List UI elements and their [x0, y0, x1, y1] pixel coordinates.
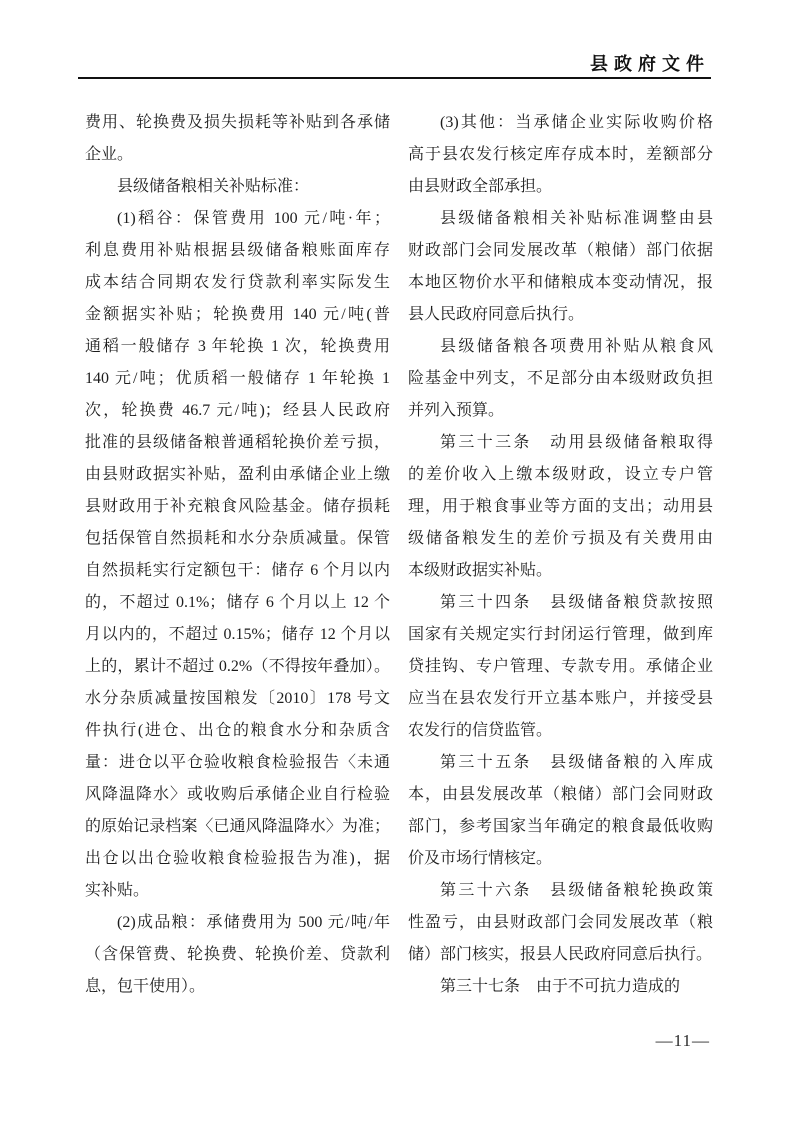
text-line: 第三十五条 县级储备粮的入库成 — [408, 747, 713, 779]
text-line: 批准的县级储备粮普通稻轮换价差亏损， — [85, 427, 390, 459]
text-line: 农发行的信贷监管。 — [408, 715, 713, 747]
text-line: 成本结合同期农发行贷款利率实际发生 — [85, 267, 390, 299]
text-line: 险基金中列支，不足部分由本级财政负担 — [408, 363, 713, 395]
text-line: 息，包干使用）。 — [85, 971, 390, 1003]
text-line: 140 元/吨；优质稻一般储存 1 年轮换 1 — [85, 363, 390, 395]
text-columns: 费用、轮换费及损失损耗等补贴到各承储企业。县级储备粮相关补贴标准：(1)稻谷：保… — [85, 107, 712, 1003]
text-line: 价及市场行情核定。 — [408, 843, 713, 875]
text-line: 风降温降水〉或收购后承储企业自行检验 — [85, 779, 390, 811]
text-line: 件执行(进仓、出仓的粮食水分和杂质含 — [85, 715, 390, 747]
text-line: 金额据实补贴；轮换费用 140 元/吨(普 — [85, 299, 390, 331]
text-line: 县级储备粮相关补贴标准调整由县 — [408, 203, 713, 235]
text-line: 国家有关规定实行封闭运行管理，做到库 — [408, 619, 713, 651]
text-line: 由县财政全部承担。 — [408, 171, 713, 203]
text-line: 部门，参考国家当年确定的粮食最低收购 — [408, 811, 713, 843]
text-line: 本地区物价水平和储粮成本变动情况，报 — [408, 267, 713, 299]
text-line: 理，用于粮食事业等方面的支出；动用县 — [408, 491, 713, 523]
text-line: 的差价收入上缴本级财政，设立专户管 — [408, 459, 713, 491]
text-line: 级储备粮发生的差价亏损及有关费用由 — [408, 523, 713, 555]
text-line: (2)成品粮：承储费用为 500 元/吨/年 — [85, 907, 390, 939]
text-line: 储）部门核实，报县人民政府同意后执行。 — [408, 939, 713, 971]
text-line: 财政部门会同发展改革（粮储）部门依据 — [408, 235, 713, 267]
document-header-title: 县政府文件 — [590, 50, 710, 76]
text-line: 第三十三条 动用县级储备粮取得 — [408, 427, 713, 459]
text-line: 县级储备粮相关补贴标准： — [85, 171, 390, 203]
text-line: 自然损耗实行定额包干：储存 6 个月以内 — [85, 555, 390, 587]
text-line: 应当在县农发行开立基本账户，并接受县 — [408, 683, 713, 715]
left-text-column: 费用、轮换费及损失损耗等补贴到各承储企业。县级储备粮相关补贴标准：(1)稻谷：保… — [85, 107, 390, 1003]
text-line: 上的，累计不超过 0.2%（不得按年叠加）。 — [85, 651, 390, 683]
text-line: 次，轮换费 46.7 元/吨)；经县人民政府 — [85, 395, 390, 427]
text-line: 县人民政府同意后执行。 — [408, 299, 713, 331]
text-line: 本级财政据实补贴。 — [408, 555, 713, 587]
text-line: 月以内的，不超过 0.15%；储存 12 个月以 — [85, 619, 390, 651]
text-line: 本，由县发展改革（粮储）部门会同财政 — [408, 779, 713, 811]
document-page: 县政府文件 费用、轮换费及损失损耗等补贴到各承储企业。县级储备粮相关补贴标准：(… — [0, 0, 793, 1122]
text-line: 企业。 — [85, 139, 390, 171]
text-line: 的，不超过 0.1%；储存 6 个月以上 12 个 — [85, 587, 390, 619]
text-line: 高于县农发行核定库存成本时，差额部分 — [408, 139, 713, 171]
text-line: 实补贴。 — [85, 875, 390, 907]
text-line: 由县财政据实补贴，盈利由承储企业上缴 — [85, 459, 390, 491]
text-line: 并列入预算。 — [408, 395, 713, 427]
text-line: 利息费用补贴根据县级储备粮账面库存 — [85, 235, 390, 267]
text-line: 包括保管自然损耗和水分杂质减量。保管 — [85, 523, 390, 555]
text-line: 出仓以出仓验收粮食检验报告为准)，据 — [85, 843, 390, 875]
text-line: 第三十四条 县级储备粮贷款按照 — [408, 587, 713, 619]
text-line: (3)其他：当承储企业实际收购价格 — [408, 107, 713, 139]
text-line: 的原始记录档案〈已通风降温降水〉为准； — [85, 811, 390, 843]
text-line: 贷挂钩、专户管理、专款专用。承储企业 — [408, 651, 713, 683]
header-divider — [78, 77, 711, 79]
text-line: 第三十七条 由于不可抗力造成的 — [408, 971, 713, 1003]
page-number: —11— — [656, 1030, 710, 1052]
text-line: (1)稻谷：保管费用 100 元/吨·年； — [85, 203, 390, 235]
text-line: 县级储备粮各项费用补贴从粮食风 — [408, 331, 713, 363]
text-line: 水分杂质减量按国粮发〔2010〕178 号文 — [85, 683, 390, 715]
text-line: 第三十六条 县级储备粮轮换政策 — [408, 875, 713, 907]
text-line: 通稻一般储存 3 年轮换 1 次，轮换费用 — [85, 331, 390, 363]
text-line: 性盈亏，由县财政部门会同发展改革（粮 — [408, 907, 713, 939]
text-line: 量：进仓以平仓验收粮食检验报告〈未通 — [85, 747, 390, 779]
right-text-column: (3)其他：当承储企业实际收购价格高于县农发行核定库存成本时，差额部分由县财政全… — [408, 107, 713, 1003]
text-line: （含保管费、轮换费、轮换价差、贷款利 — [85, 939, 390, 971]
text-line: 费用、轮换费及损失损耗等补贴到各承储 — [85, 107, 390, 139]
text-line: 县财政用于补充粮食风险基金。储存损耗 — [85, 491, 390, 523]
